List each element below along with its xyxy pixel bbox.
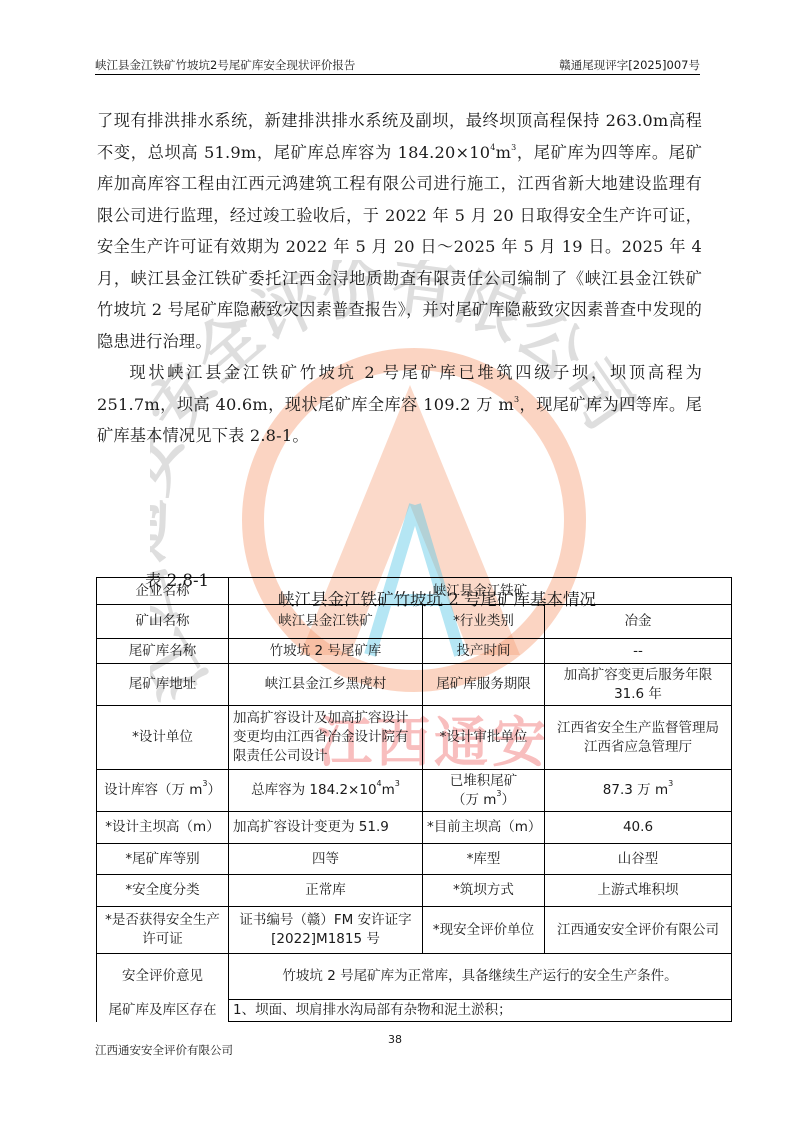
table-row: *安全度分类 正常库 *筑坝方式 上游式堆积坝	[97, 875, 732, 907]
cell-label: *现安全评价单位	[423, 907, 545, 954]
footer-company: 江西通安安全评价有限公司	[95, 1042, 233, 1058]
header-title: 峡江县金江铁矿竹坡坑2号尾矿库安全现状评价报告	[95, 57, 355, 73]
cell-label: *尾矿库等别	[97, 844, 229, 875]
cell-value: 87.3 万 m3	[545, 770, 732, 812]
cell-label: 尾矿库及库区存在	[97, 1000, 229, 1022]
table-row: 尾矿库名称 竹坡坑 2 号尾矿库 投产时间 --	[97, 639, 732, 664]
cell-label: *库型	[423, 844, 545, 875]
table-row: *设计单位 加高扩容设计及加高扩容设计变更均由江西省冶金设计院有限责任公司设计 …	[97, 706, 732, 770]
table-row: 尾矿库地址 峡江县金江乡黑虎村 尾矿库服务期限 加高扩容变更后服务年限31.6 …	[97, 664, 732, 706]
cell-value: 四等	[229, 844, 423, 875]
tailings-info-table: 企业名称 峡江县金江铁矿 矿山名称 峡江县金江铁矿 *行业类别 冶金 尾矿库名称…	[96, 577, 732, 1022]
cell-value: 上游式堆积坝	[545, 875, 732, 907]
cell-value: 山谷型	[545, 844, 732, 875]
cell-value: --	[545, 639, 732, 664]
cell-value: 40.6	[545, 812, 732, 844]
cell-value: 加高扩容设计变更为 51.9	[229, 812, 423, 844]
cell-label: 企业名称	[97, 578, 229, 605]
cell-label: 设计库容（万 m3）	[97, 770, 229, 812]
cell-label: 安全评价意见	[97, 954, 229, 1000]
cell-value: 总库容为 184.2×104m3	[229, 770, 423, 812]
table-row: 设计库容（万 m3） 总库容为 184.2×104m3 已堆积尾矿（万 m3） …	[97, 770, 732, 812]
table-row: 尾矿库及库区存在 1、坝面、坝肩排水沟局部有杂物和泥土淤积；	[97, 1000, 732, 1022]
cell-value: 江西省安全生产监督管理局江西省应急管理厅	[545, 706, 732, 770]
cell-label: *设计主坝高（m）	[97, 812, 229, 844]
table-row: *是否获得安全生产许可证 证书编号（赣）FM 安许证字[2022]M1815 号…	[97, 907, 732, 954]
cell-label: *筑坝方式	[423, 875, 545, 907]
paragraph-2: 现状峡江县金江铁矿竹坡坑 2 号尾矿库已堆筑四级子坝，坝顶高程为 251.7m，…	[97, 357, 702, 452]
body-text: 了现有排洪排水系统，新建排洪排水系统及副坝，最终坝顶高程保持 263.0m高程不…	[97, 105, 702, 452]
cell-label: 投产时间	[423, 639, 545, 664]
cell-label: *是否获得安全生产许可证	[97, 907, 229, 954]
page-number: 38	[388, 1033, 402, 1046]
cell-value: 江西通安安全评价有限公司	[545, 907, 732, 954]
header-doc-number: 赣通尾现评字[2025]007号	[559, 57, 700, 73]
page-header: 峡江县金江铁矿竹坡坑2号尾矿库安全现状评价报告 赣通尾现评字[2025]007号	[95, 56, 700, 75]
table-row: 企业名称 峡江县金江铁矿	[97, 578, 732, 605]
cell-value: 峡江县金江铁矿	[229, 605, 423, 639]
table-row: 安全评价意见 竹坡坑 2 号尾矿库为正常库，具备继续生产运行的安全生产条件。	[97, 954, 732, 1000]
cell-value: 竹坡坑 2 号尾矿库	[229, 639, 423, 664]
cell-value: 1、坝面、坝肩排水沟局部有杂物和泥土淤积；	[229, 1000, 732, 1022]
table-row: *设计主坝高（m） 加高扩容设计变更为 51.9 *目前主坝高（m） 40.6	[97, 812, 732, 844]
cell-value: 加高扩容变更后服务年限31.6 年	[545, 664, 732, 706]
cell-label: *设计审批单位	[423, 706, 545, 770]
cell-label: 已堆积尾矿（万 m3）	[423, 770, 545, 812]
table-row: *尾矿库等别 四等 *库型 山谷型	[97, 844, 732, 875]
cell-value: 峡江县金江乡黑虎村	[229, 664, 423, 706]
table-row: 矿山名称 峡江县金江铁矿 *行业类别 冶金	[97, 605, 732, 639]
cell-label: *设计单位	[97, 706, 229, 770]
cell-label: 矿山名称	[97, 605, 229, 639]
cell-value: 证书编号（赣）FM 安许证字[2022]M1815 号	[229, 907, 423, 954]
cell-label: 尾矿库名称	[97, 639, 229, 664]
cell-value: 正常库	[229, 875, 423, 907]
cell-value: 加高扩容设计及加高扩容设计变更均由江西省冶金设计院有限责任公司设计	[229, 706, 423, 770]
document-page: 江西通安安全评价有限公司 江西通安 峡江县金江铁矿竹坡坑2号尾矿库安全现状评价报…	[0, 0, 793, 1122]
cell-label: 尾矿库地址	[97, 664, 229, 706]
paragraph-1: 了现有排洪排水系统，新建排洪排水系统及副坝，最终坝顶高程保持 263.0m高程不…	[97, 105, 702, 357]
cell-label: *行业类别	[423, 605, 545, 639]
cell-label: *安全度分类	[97, 875, 229, 907]
cell-label: 尾矿库服务期限	[423, 664, 545, 706]
cell-value: 竹坡坑 2 号尾矿库为正常库，具备继续生产运行的安全生产条件。	[229, 954, 732, 1000]
cell-label: *目前主坝高（m）	[423, 812, 545, 844]
cell-value: 峡江县金江铁矿	[229, 578, 732, 605]
cell-value: 冶金	[545, 605, 732, 639]
